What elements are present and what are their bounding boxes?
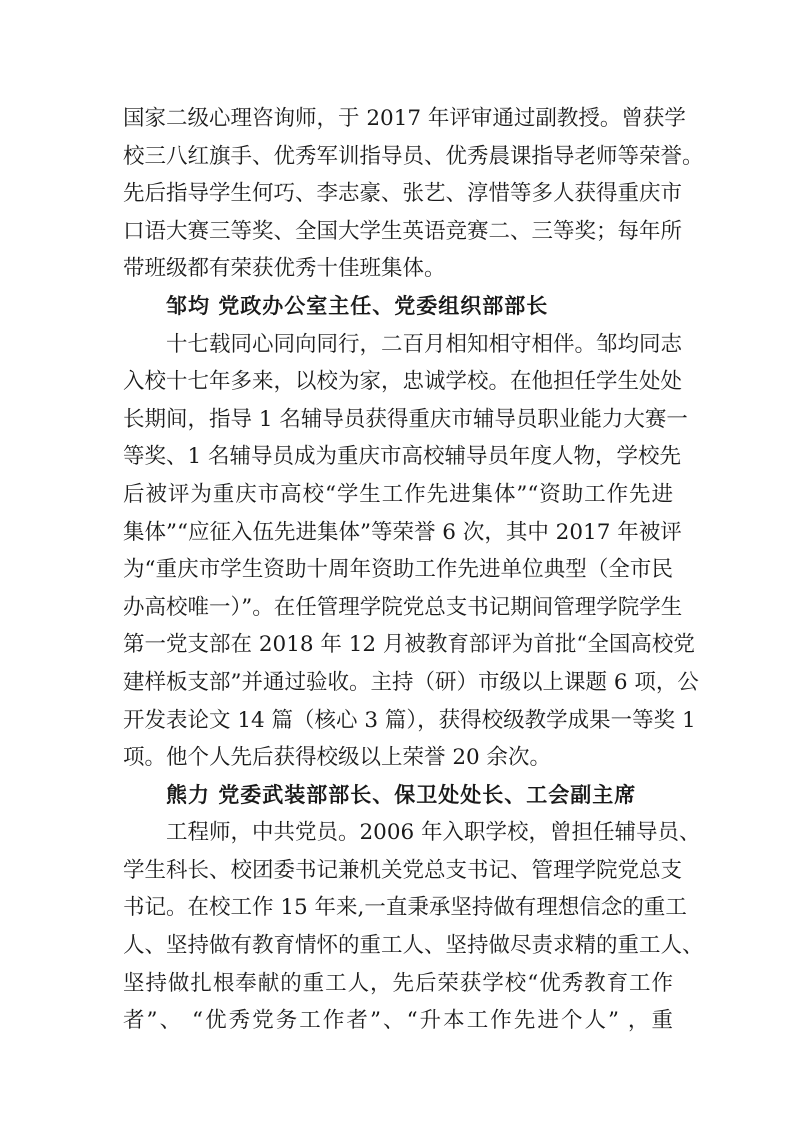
text-line: 工程师，中共党员。2006 年入职学校，曾担任辅导员、 (123, 814, 673, 852)
section-heading-zou-jun: 邹均 党政办公室主任、党委组织部部长 (123, 288, 673, 326)
text-line: 人、坚持做有教育情怀的重工人、坚持做尽责求精的重工人、 (123, 927, 673, 965)
text-line: 长期间，指导 1 名辅导员获得重庆市辅导员职业能力大赛一 (123, 401, 673, 439)
text-line: 者”、 “优秀党务工作者”、“升本工作先进个人” ，重 (123, 1002, 673, 1040)
text-line: 书记。在校工作 15 年来,一直秉承坚持做有理想信念的重工 (123, 889, 673, 927)
text-line: 带班级都有荣获优秀十佳班集体。 (123, 250, 673, 288)
document-page: 国家二级心理咨询师，于 2017 年评审通过副教授。曾获学 校三八红旗手、优秀军… (123, 100, 673, 1040)
text-line: 学生科长、校团委书记兼机关党总支书记、管理学院党总支 (123, 852, 673, 890)
text-line: 十七载同心同向同行，二百月相知相守相伴。邹均同志 (123, 326, 673, 364)
text-line: 第一党支部在 2018 年 12 月被教育部评为首批“全国高校党 (123, 626, 673, 664)
text-line: 后被评为重庆市高校“学生工作先进集体”“资助工作先进 (123, 476, 673, 514)
text-line: 为“重庆市学生资助十周年资助工作先进单位典型（全市民 (123, 551, 673, 589)
text-line: 口语大赛三等奖、全国大学生英语竞赛二、三等奖；每年所 (123, 213, 673, 251)
text-line: 坚持做扎根奉献的重工人，先后荣获学校“优秀教育工作 (123, 965, 673, 1003)
section-heading-xiong-li: 熊力 党委武装部部长、保卫处处长、工会副主席 (123, 777, 673, 815)
text-line: 项。他个人先后获得校级以上荣誉 20 余次。 (123, 739, 673, 777)
text-line: 办高校唯一）”。在任管理学院党总支书记期间管理学院学生 (123, 589, 673, 627)
text-line: 国家二级心理咨询师，于 2017 年评审通过副教授。曾获学 (123, 100, 673, 138)
paragraph-zou-jun: 十七载同心同向同行，二百月相知相守相伴。邹均同志 入校十七年多来，以校为家，忠诚… (123, 326, 673, 777)
paragraph-xiong-li: 工程师，中共党员。2006 年入职学校，曾担任辅导员、 学生科长、校团委书记兼机… (123, 814, 673, 1040)
text-line: 开发表论文 14 篇（核心 3 篇），获得校级教学成果一等奖 1 (123, 702, 673, 740)
text-line: 校三八红旗手、优秀军训指导员、优秀晨课指导老师等荣誉。 (123, 138, 673, 176)
text-line: 等奖、1 名辅导员成为重庆市高校辅导员年度人物，学校先 (123, 438, 673, 476)
text-line: 先后指导学生何巧、李志豪、张艺、淳惜等多人获得重庆市 (123, 175, 673, 213)
paragraph-intro-continuation: 国家二级心理咨询师，于 2017 年评审通过副教授。曾获学 校三八红旗手、优秀军… (123, 100, 673, 288)
text-line: 建样板支部”并通过验收。主持（研）市级以上课题 6 项，公 (123, 664, 673, 702)
text-line: 集体”“应征入伍先进集体”等荣誉 6 次，其中 2017 年被评 (123, 514, 673, 552)
text-line: 入校十七年多来，以校为家，忠诚学校。在他担任学生处处 (123, 363, 673, 401)
